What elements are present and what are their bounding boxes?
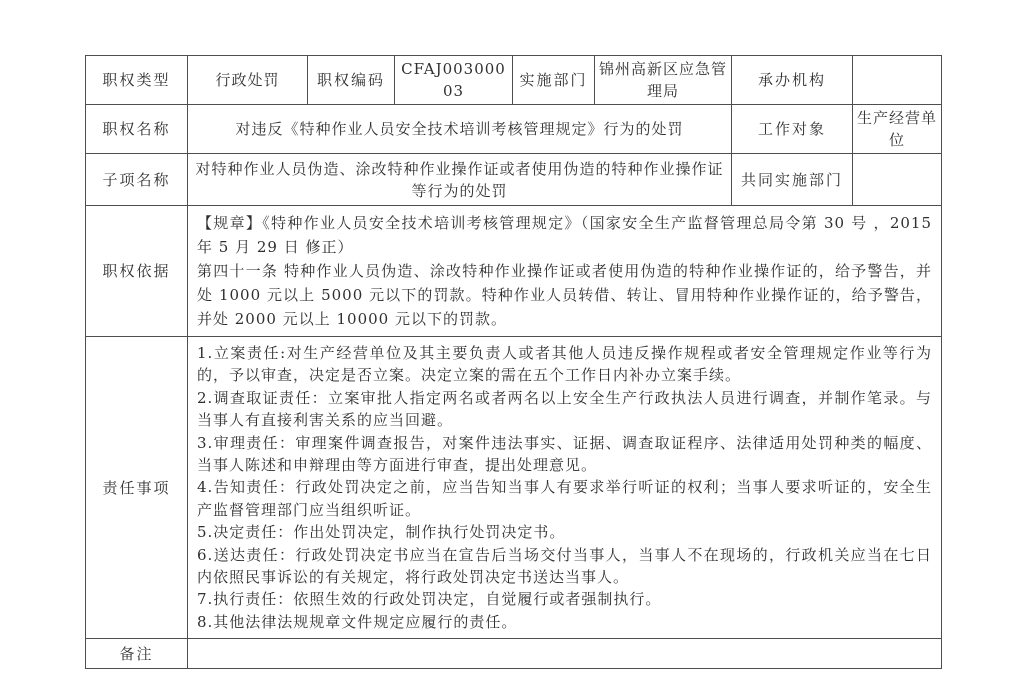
work-target-value: 生产经营单位: [853, 105, 942, 154]
table-row: 职权名称 对违反《特种作业人员安全技术培训考核管理规定》行为的处罚 工作对象 生…: [86, 105, 942, 154]
sub-item-name-value: 对特种作业人员伪造、涂改特种作业操作证或者使用伪造的特种作业操作证等行为的处罚: [188, 154, 732, 206]
responsibility-items-label: 责任事项: [86, 337, 188, 639]
table-row: 子项名称 对特种作业人员伪造、涂改特种作业操作证或者使用伪造的特种作业操作证等行…: [86, 154, 942, 206]
authority-name-value: 对违反《特种作业人员安全技术培训考核管理规定》行为的处罚: [188, 105, 732, 154]
responsibility-item: 5.决定责任：作出处罚决定，制作执行处罚决定书。: [197, 521, 932, 543]
responsibility-item: 1.立案责任:对生产经营单位及其主要负责人或者其他人员违反操作规程或者安全管理规…: [197, 342, 932, 387]
authority-type-label: 职权类型: [86, 56, 188, 105]
implementing-dept-value: 锦州高新区应急管理局: [595, 56, 732, 105]
legal-basis-paragraph: 【规章】《特种作业人员安全技术培训考核管理规定》（国家安全生产监督管理总局令第 …: [197, 211, 932, 259]
joint-implementing-dept-label: 共同实施部门: [732, 154, 853, 206]
undertaking-agency-value: [853, 56, 942, 105]
responsibility-item: 4.告知责任：行政处罚决定之前，应当告知当事人有要求举行听证的权利；当事人要求听…: [197, 476, 932, 521]
legal-basis-label: 职权依据: [86, 206, 188, 337]
authority-info-table: 职权类型 行政处罚 职权编码 CFAJ00300003 实施部门 锦州高新区应急…: [85, 55, 942, 669]
authority-name-label: 职权名称: [86, 105, 188, 154]
legal-basis-paragraph: 第四十一条 特种作业人员伪造、涂改特种作业操作证或者使用伪造的特种作业操作证的，…: [197, 259, 932, 331]
table-row: 职权类型 行政处罚 职权编码 CFAJ00300003 实施部门 锦州高新区应急…: [86, 56, 942, 105]
joint-implementing-dept-value: [853, 154, 942, 206]
responsibility-items-content: 1.立案责任:对生产经营单位及其主要负责人或者其他人员违反操作规程或者安全管理规…: [188, 337, 942, 639]
responsibility-item: 7.执行责任：依照生效的行政处罚决定，自觉履行或者强制执行。: [197, 588, 932, 610]
legal-basis-content: 【规章】《特种作业人员安全技术培训考核管理规定》（国家安全生产监督管理总局令第 …: [188, 206, 942, 337]
work-target-label: 工作对象: [732, 105, 853, 154]
table-row: 责任事项 1.立案责任:对生产经营单位及其主要负责人或者其他人员违反操作规程或者…: [86, 337, 942, 639]
table-row: 职权依据 【规章】《特种作业人员安全技术培训考核管理规定》（国家安全生产监督管理…: [86, 206, 942, 337]
responsibility-item: 6.送达责任：行政处罚决定书应当在宣告后当场交付当事人，当事人不在现场的，行政机…: [197, 544, 932, 589]
authority-code-label: 职权编码: [308, 56, 395, 105]
responsibility-item: 3.审理责任：审理案件调查报告，对案件违法事实、证据、调查取证程序、法律适用处罚…: [197, 432, 932, 477]
authority-code-value: CFAJ00300003: [395, 56, 513, 105]
table-row: 备注: [86, 639, 942, 669]
authority-type-value: 行政处罚: [188, 56, 308, 105]
undertaking-agency-label: 承办机构: [732, 56, 853, 105]
responsibility-item: 8.其他法律法规规章文件规定应履行的责任。: [197, 611, 932, 633]
sub-item-name-label: 子项名称: [86, 154, 188, 206]
responsibility-item: 2.调查取证责任：立案审批人指定两名或者两名以上安全生产行政执法人员进行调查，并…: [197, 387, 932, 432]
implementing-dept-label: 实施部门: [513, 56, 595, 105]
remarks-label: 备注: [86, 639, 188, 669]
remarks-value: [188, 639, 942, 669]
